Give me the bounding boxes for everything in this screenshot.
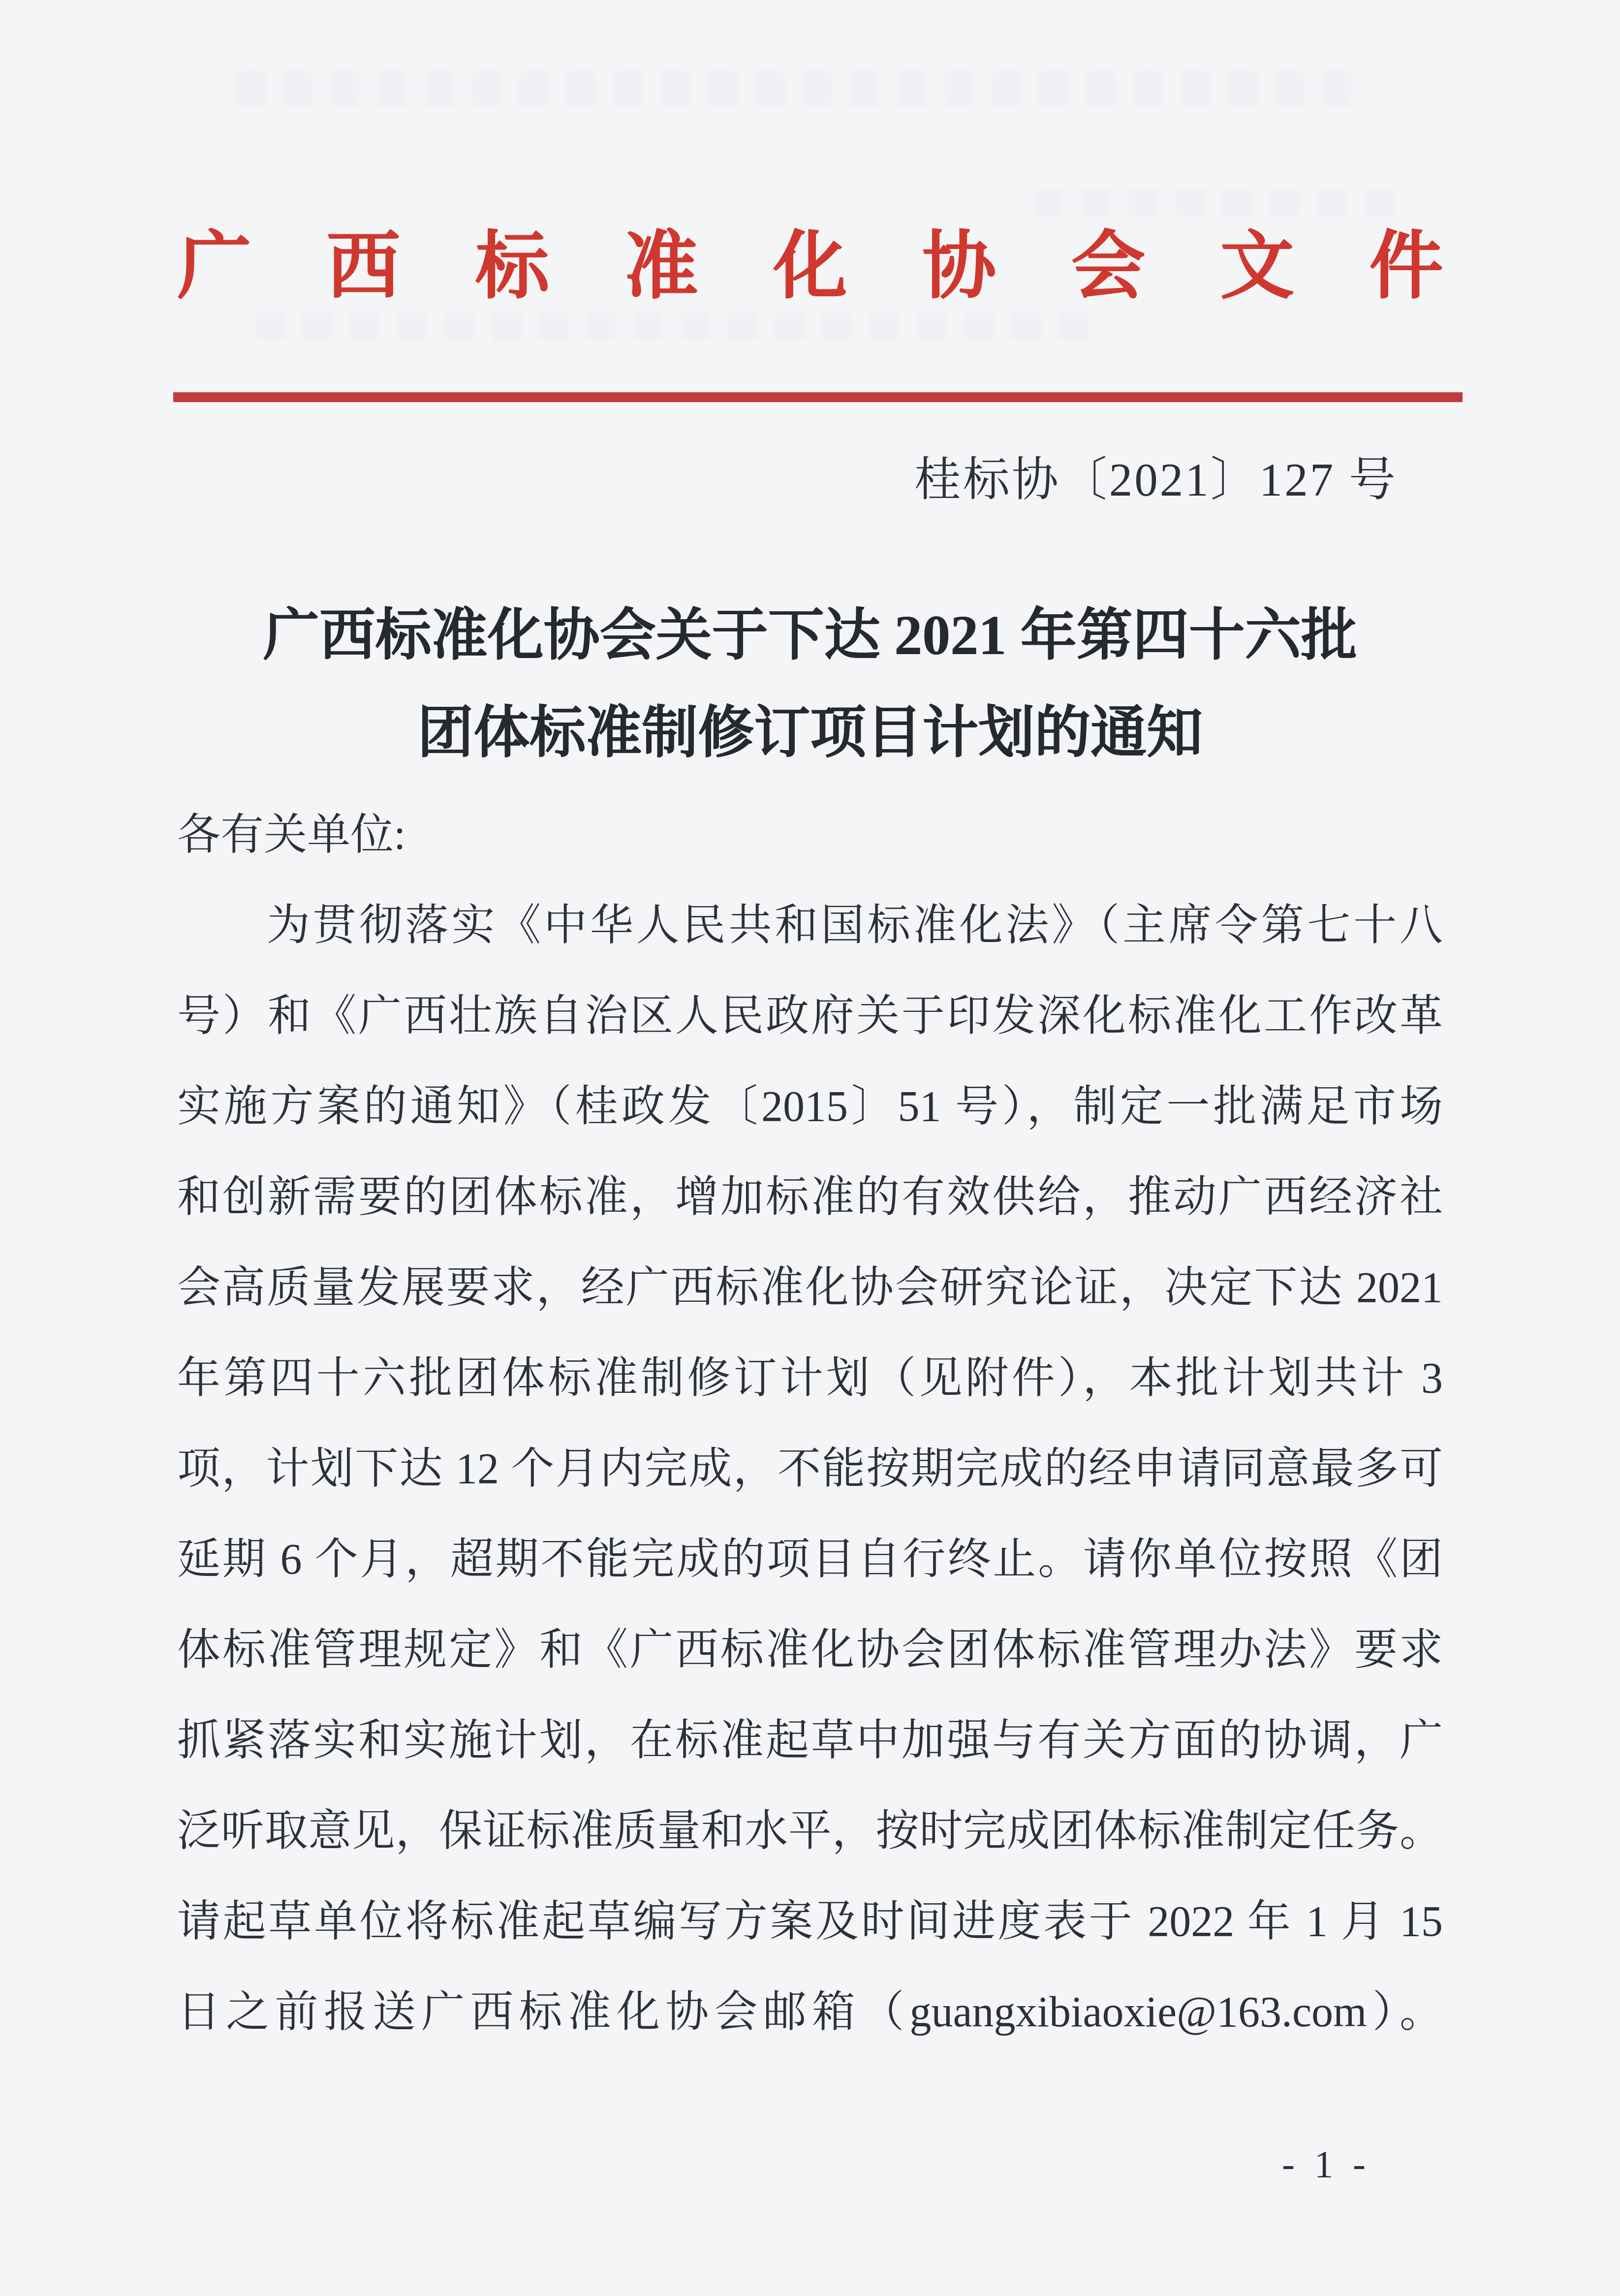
document-title-line-1: 广西标准化协会关于下达 2021 年第四十六批	[177, 587, 1443, 684]
body-line: 延期 6 个月，超期不能完成的项目自行终止。请你单位按照《团	[177, 1514, 1443, 1605]
body-line: 请起草单位将标准起草编写方案及时间进度表于 2022 年 1 月 15	[177, 1877, 1443, 1967]
letterhead-red-rule	[173, 392, 1463, 402]
bleedthrough-artifact	[256, 313, 1092, 340]
body-line: 年第四十六批团体标准制修订计划（见附件），本批计划共计 3	[177, 1333, 1443, 1424]
body-line: 实施方案的通知》（桂政发〔2015〕51 号），制定一批满足市场	[177, 1062, 1443, 1152]
body-line: 项，计划下达 12 个月内完成，不能按期完成的经申请同意最多可	[177, 1424, 1443, 1514]
bleedthrough-artifact	[1034, 189, 1408, 217]
page-number: - 1 -	[1267, 2142, 1385, 2186]
body-line: 和创新需要的团体标准，增加标准的有效供给，推动广西经济社	[177, 1152, 1443, 1243]
body-line: 体标准管理规定》和《广西标准化协会团体标准管理办法》要求	[177, 1605, 1443, 1696]
document-title: 广西标准化协会关于下达 2021 年第四十六批 团体标准制修订项目计划的通知	[177, 587, 1443, 782]
salutation: 各有关单位:	[177, 790, 1443, 881]
document-body: 各有关单位: 为贯彻落实《中华人民共和国标准化法》（主席令第七十八 号）和《广西…	[177, 790, 1443, 2058]
body-line: 号）和《广西壮族自治区人民政府关于印发深化标准化工作改革	[177, 971, 1443, 1062]
document-title-line-2: 团体标准制修订项目计划的通知	[177, 684, 1443, 782]
document-number: 桂标协〔2021〕127 号	[914, 450, 1398, 509]
body-line: 抓紧落实和实施计划，在标准起草中加强与有关方面的协调，广	[177, 1696, 1443, 1786]
agency-letterhead-title: 广西标准化协会文件	[177, 227, 1443, 306]
body-line: 日之前报送广西标准化协会邮箱（guangxibiaoxie@163.com）。	[177, 1967, 1443, 2058]
body-line: 泛听取意见，保证标准质量和水平，按时完成团体标准制定任务。	[177, 1786, 1443, 1877]
body-line: 会高质量发展要求，经广西标准化协会研究论证，决定下达 2021	[177, 1243, 1443, 1333]
document-page: 广西标准化协会文件 桂标协〔2021〕127 号 广西标准化协会关于下达 202…	[0, 0, 1620, 2296]
bleedthrough-artifact	[236, 71, 1368, 106]
body-line: 为贯彻落实《中华人民共和国标准化法》（主席令第七十八	[177, 881, 1443, 971]
